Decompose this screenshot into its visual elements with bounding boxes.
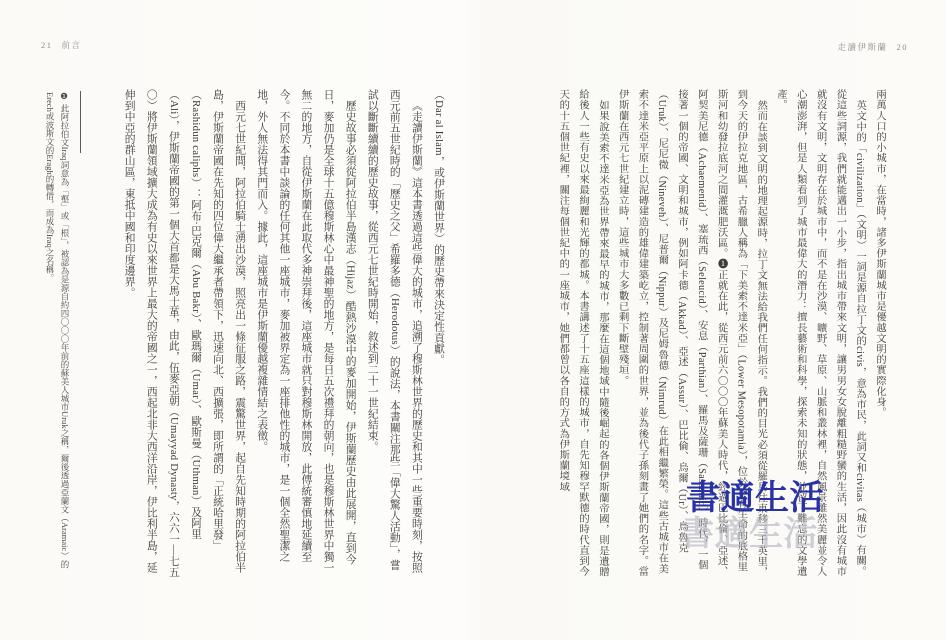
paragraph: 歷史故事必須從阿拉伯半島漢志（Hijaz）酷熱沙漠中的麥加開始，伊斯蘭歷史由此展… (251, 89, 361, 578)
paragraph: 兩萬人口的小城市，在當時，諸多伊斯蘭城市是優越文明的實際化身。 (869, 89, 889, 578)
footnote-text: ❶ 此阿拉伯文Iraq詞意為「壑」或「根」，被認為是源自約四〇〇〇年前的蘇美人城… (42, 92, 72, 579)
page-number-left: 21 (41, 40, 53, 50)
footnote: ❶ 此阿拉伯文Iraq詞意為「壑」或「根」，被認為是源自約四〇〇〇年前的蘇美人城… (38, 92, 72, 579)
section-title: 前言 (62, 40, 82, 50)
page-right-text: 兩萬人口的小城市，在當時，諸多伊斯蘭城市是優越文明的實際化身。 英文中的「civ… (531, 89, 889, 578)
book-spread: 21前言 走讀伊斯蘭20 兩萬人口的小城市，在當時，諸多伊斯蘭城市是優越文明的實… (0, 0, 946, 640)
paragraph: 西元七世紀間，阿拉伯騎士湧出沙漠，照亮出一條征服之路，震驚世界，起自先知時期的阿… (119, 89, 252, 578)
paragraph: 然而在談到文明的地理起源時，拉丁文無法給我們任何指示。我們的目光必須從羅馬往東移… (612, 89, 770, 578)
running-header-right: 走讀伊斯蘭20 (837, 41, 908, 53)
paragraph: 《走讀伊斯蘭》這本書透過這些偉大的城市，追溯了穆斯林世界的歷史和其中一些重要時刻… (362, 89, 428, 578)
running-header-left: 21前言 (41, 39, 82, 51)
book-title: 走讀伊斯蘭 (837, 42, 887, 52)
paragraph: 英文中的「civilization」（文明）一詞是源自拉丁文的civis，意為市… (770, 89, 869, 578)
paragraph: 如果說美索不達米亞為世界帶來最早的城市，那麼在這個地域中隨後崛起的各個伊斯蘭帝國… (552, 89, 611, 578)
paragraph: （Dar al Islam，或伊斯蘭世界）的歷史帶來決定性貢獻。 (428, 89, 450, 578)
page-left-text: （Dar al Islam，或伊斯蘭世界）的歷史帶來決定性貢獻。 《走讀伊斯蘭》… (114, 89, 450, 578)
page-number-right: 20 (897, 42, 909, 52)
footnote-divider (80, 91, 81, 153)
